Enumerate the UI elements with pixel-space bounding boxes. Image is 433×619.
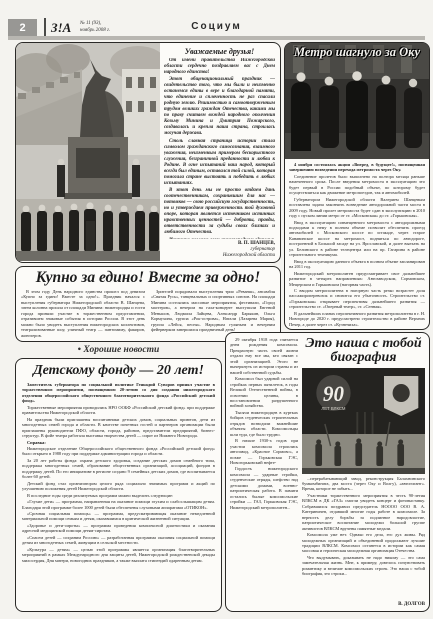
paragraph: В этом году День народного единства прош… <box>21 289 145 338</box>
biography-title: Это наша с тобой биография <box>302 337 425 366</box>
header-rule <box>8 36 425 40</box>
signature-role-2: Нижегородской области <box>164 253 275 259</box>
biography-signature: В. ДОЛГОВ <box>302 602 425 607</box>
metro-photo-graphic <box>285 43 429 159</box>
paragraph: Ввод в эксплуатацию совмещенного метромо… <box>289 220 425 258</box>
paragraph: Соединение пролетов было выполнено на по… <box>289 174 425 196</box>
paragraph: В дальнейших планах перспективного разви… <box>289 311 425 327</box>
paragraph: «Срочная социальная помощь» — программа,… <box>22 511 215 522</box>
paragraph: В последние годы среди реализуемых прогр… <box>22 493 215 498</box>
biography-article-box: 29 октября 1918 года считается днем рожд… <box>225 332 430 612</box>
paragraph: Тысячи нижегородцев в куртках бойцов сту… <box>230 410 298 437</box>
newspaper-page: 2 З!А № 11 (93), ноябрь 2008 г. Социум <box>0 0 433 619</box>
paragraph: «Спасем детей — сохраним Россию» — разра… <box>22 535 215 546</box>
paragraph: Комсомол был ударной силой на стройках п… <box>230 376 298 409</box>
monument-ceremony-photo <box>16 43 160 262</box>
biography-right-column: Это наша с тобой биография 90 ЛЕТ ВЛКСМ <box>302 337 425 607</box>
paragraph: Нижегородское отделение Общероссийского … <box>22 446 215 457</box>
paragraph: 29 октября 1918 года считается днем рожд… <box>230 337 298 375</box>
paragraph: Детский фонд стал организатором целого р… <box>22 481 215 492</box>
good-news-rubric: • Хорошие новости <box>15 345 222 355</box>
greeting-letter: Уважаемые друзья! От имени правительства… <box>160 43 280 262</box>
anniversary-stage-photo: 90 ЛЕТ ВЛКСМ <box>302 368 425 474</box>
paragraph: Участники торжественного мероприятия в ч… <box>302 493 425 531</box>
unity-day-col-1: В этом году День народного единства прош… <box>21 289 145 341</box>
stage-photo-graphic: 90 ЛЕТ ВЛКСМ <box>302 368 425 474</box>
children-fund-paragraphs: Торжественные мероприятия проводились НР… <box>22 405 215 439</box>
greeting-title: Уважаемые друзья! <box>164 47 275 56</box>
biography-title-line-2: биография <box>302 351 425 365</box>
reference-label: Справка: <box>22 440 215 445</box>
paragraph: От имени правительства Нижегородской обл… <box>164 58 275 76</box>
paragraph: На праздник были приглашены воспитанники… <box>22 417 215 439</box>
section-title: Социум <box>0 21 433 32</box>
paragraph: Гордость нижегородского комсомола — удар… <box>230 466 298 510</box>
children-fund-article-box: Детскому фонду — 20 лет! Заместитель губ… <box>15 358 222 612</box>
paragraph: Искренне желаем всем нижегородцам здоров… <box>164 238 275 239</box>
emblem-90-text: 90 <box>323 381 344 406</box>
paragraph: Ввод в эксплуатацию данного объекта в по… <box>289 259 425 270</box>
emblem-vlksm-text: ЛЕТ ВЛКСМ <box>321 405 345 410</box>
paragraph: Что выдумывать, доказывать не надо ником… <box>302 555 425 577</box>
paragraph: Торжественные мероприятия проводились НР… <box>22 405 215 416</box>
metro-article-title: Метро шагнуло за Оку <box>287 45 427 60</box>
metro-lead: 4 ноября состоялась акция «Вперед, в буд… <box>289 162 425 173</box>
paragraph: Столь славная страница истории стала сим… <box>164 139 275 187</box>
metro-article-text: 4 ноября состоялась акция «Вперед, в буд… <box>285 159 429 329</box>
metro-paragraphs: Соединение пролетов было выполнено на по… <box>289 174 425 327</box>
biography-bottom-text: ...перерабатывающий завод, реконструкция… <box>302 476 425 601</box>
metro-walk-photo: Метро шагнуло за Оку <box>285 43 429 159</box>
greeting-body: От имени правительства Нижегородской обл… <box>164 58 275 239</box>
metro-article-box: Метро шагнуло за Оку 4 ноября состоялась… <box>284 42 430 330</box>
paragraph: Губернатором Нижегородской области Валер… <box>289 197 425 219</box>
monument-photo-graphic <box>16 43 160 261</box>
paragraph: С вводом метрополитена в нагорную часть … <box>289 288 425 310</box>
paragraph: ...перерабатывающий завод, реконструкция… <box>302 476 425 492</box>
children-fund-lead: Заместитель губернатора по социальной по… <box>22 382 215 404</box>
children-fund-title: Детскому фонду — 20 лет! <box>22 363 215 379</box>
children-fund-body: Заместитель губернатора по социальной по… <box>22 382 215 608</box>
paragraph: Этот общенациональный праздник — свидете… <box>164 77 275 137</box>
paragraph: Нижегородский метрополитен предусматрива… <box>289 271 425 287</box>
reference-paragraphs: Нижегородское отделение Общероссийского … <box>22 446 215 563</box>
paragraph: В начале 1930-х годов при участии комсом… <box>230 438 298 465</box>
paragraph: За 20 лет работы фонда: охрана детского … <box>22 458 215 480</box>
biography-title-line-1: Это наша с тобой <box>302 337 425 351</box>
paragraph: Комсомола уже нет. Однако его дела, его … <box>302 532 425 554</box>
paragraph: В этот день мы не просто отдаем дань соо… <box>164 188 275 236</box>
paragraph: «Глухие дети» — программа, направленная … <box>22 499 215 510</box>
paragraph: «Здоровье и дети-сироты» — программа про… <box>22 523 215 534</box>
greeting-signature: В. П. ШАНЦЕВ, губернатор Нижегородской о… <box>164 241 275 260</box>
greeting-article-box: Уважаемые друзья! От имени правительства… <box>15 42 281 263</box>
paragraph: Зрителей порадовали выступления трио «Ре… <box>151 289 275 333</box>
unity-day-article-box: Купно за едино! Вместе за одно! В этом г… <box>15 266 281 342</box>
biography-left-column: 29 октября 1918 года считается днем рожд… <box>230 337 298 607</box>
paragraph: «Культура — детям» — целью этой программ… <box>22 547 215 563</box>
unity-day-title: Купно за едино! Вместе за одно! <box>21 269 275 287</box>
